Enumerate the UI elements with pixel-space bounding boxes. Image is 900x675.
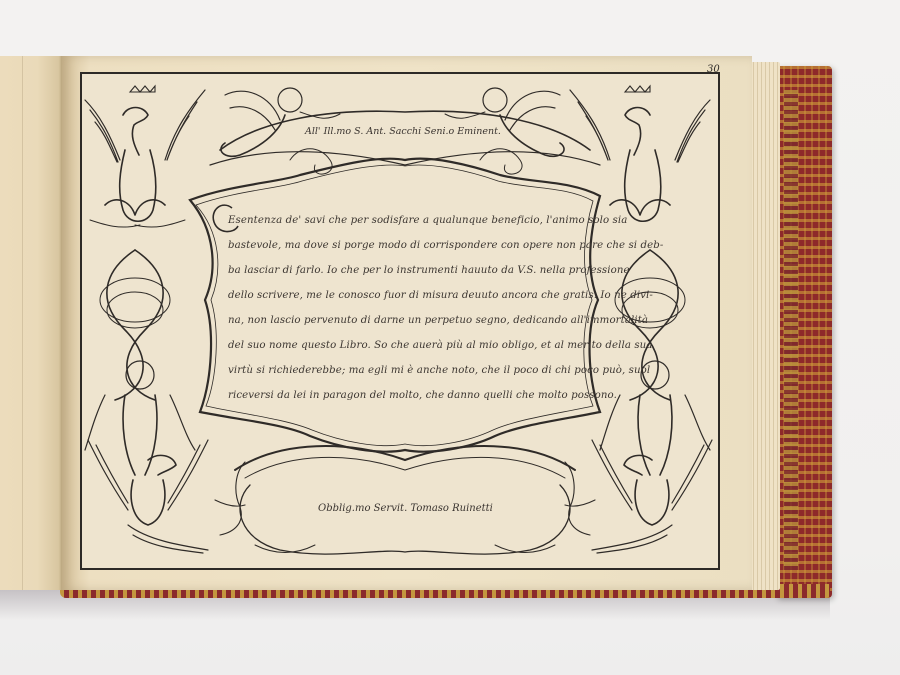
dedication-title: All' Ill.mo S. Ant. Sacchi Seni.o Eminen… xyxy=(305,126,501,137)
body-line: riceversi da lei in paragon del molto, c… xyxy=(228,383,608,408)
signature: Obblig.mo Servit. Tomaso Ruinetti xyxy=(318,503,493,514)
body-line: Esentenza de' savi che per sodisfare a q… xyxy=(228,208,608,233)
body-line: na, non lascio pervenuto di darne un per… xyxy=(228,308,608,333)
dedication-body-text: Esentenza de' savi che per sodisfare a q… xyxy=(228,208,608,408)
body-line: del suo nome questo Libro. So che auerà … xyxy=(228,333,608,358)
body-line: bastevole, ma dove si porge modo di corr… xyxy=(228,233,608,258)
body-line: ba lasciar di farlo. Io che per lo instr… xyxy=(228,258,608,283)
body-line: dello scrivere, me le conosco fuor di mi… xyxy=(228,283,608,308)
body-line: virtù si richiederebbe; ma egli mi è anc… xyxy=(228,358,608,383)
